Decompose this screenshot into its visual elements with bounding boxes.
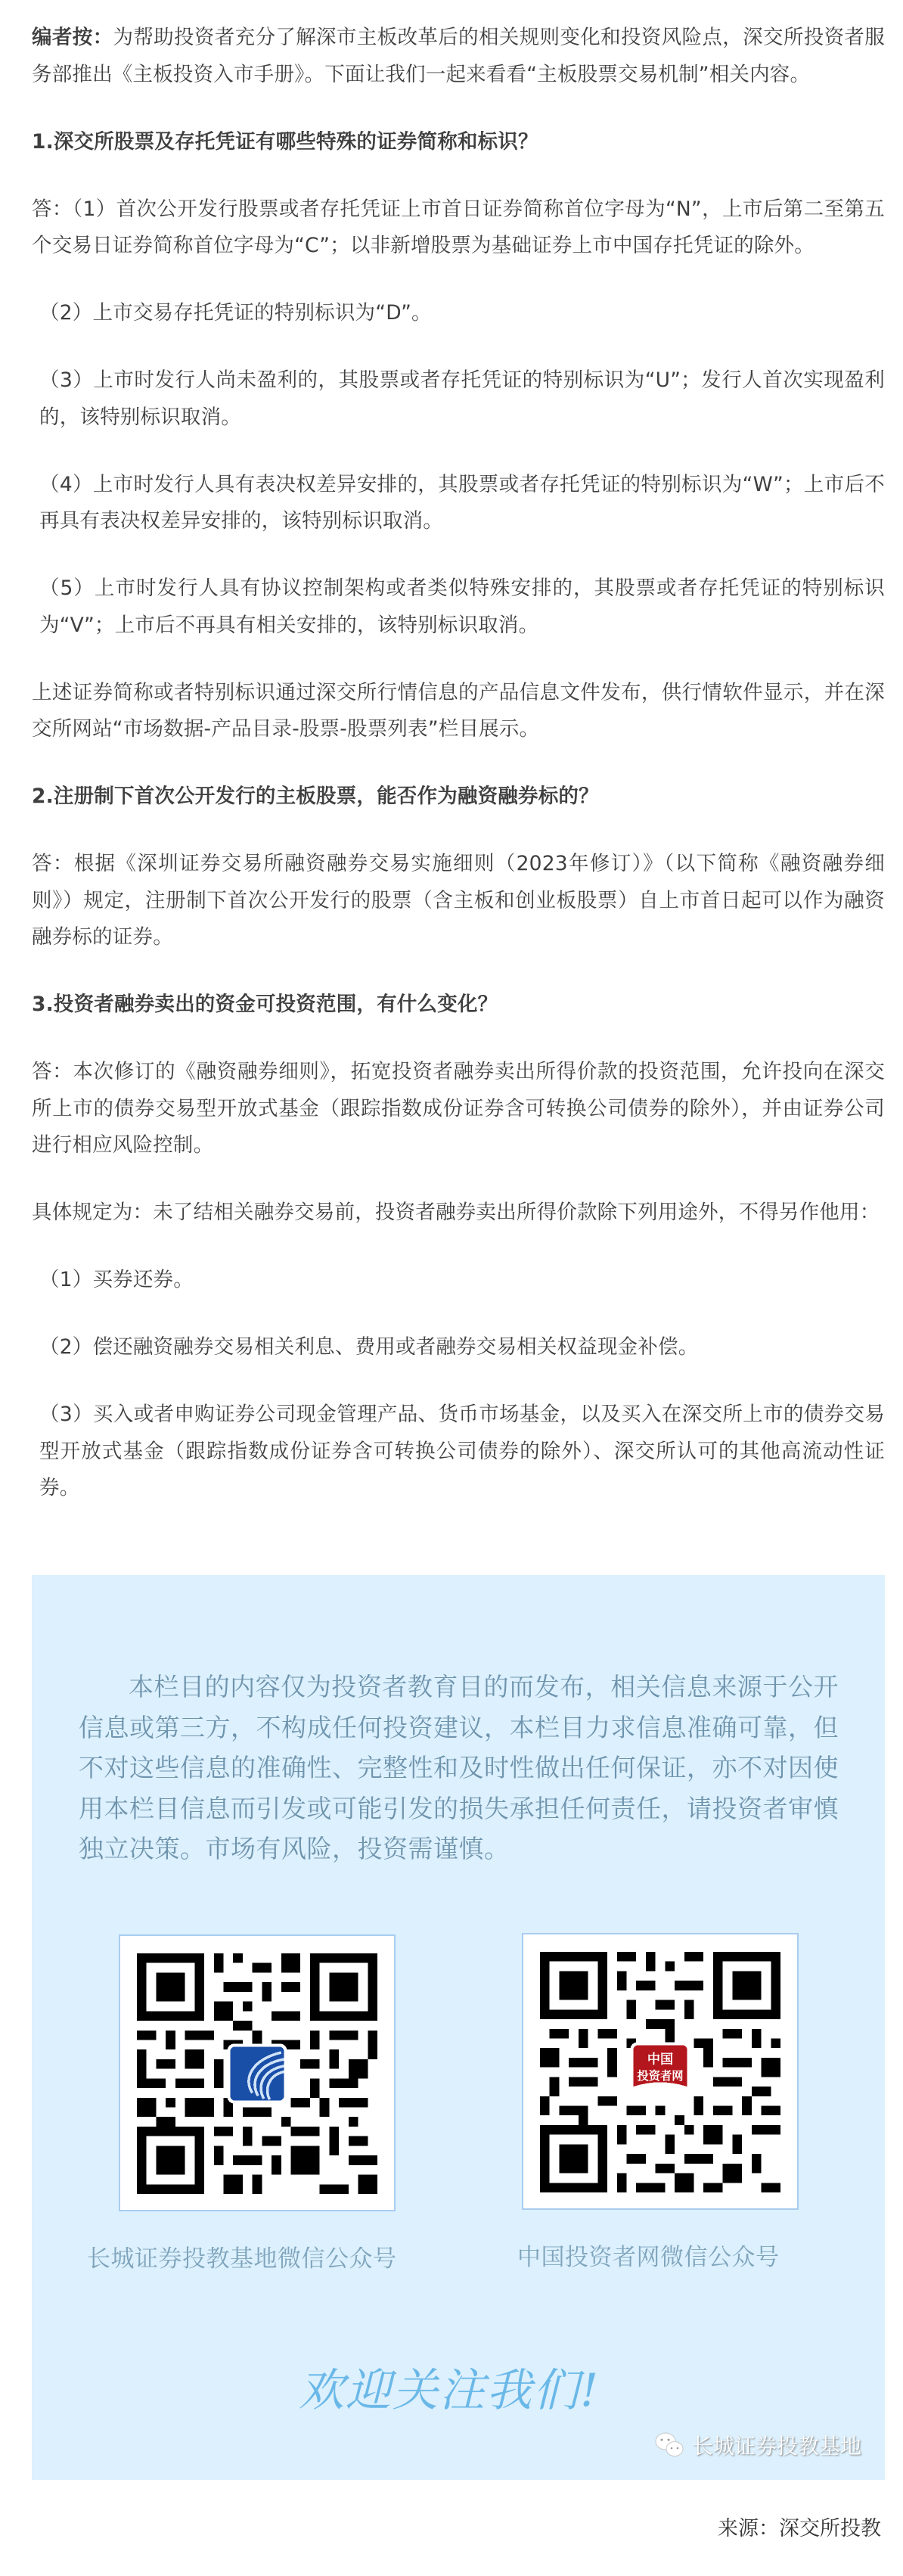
section-2-answer: 答：根据《深圳证券交易所融资融券交易实施细则（2023年修订）》（以下简称《融资… (32, 846, 885, 956)
section-3-answer: 答：本次修订的《融资融券细则》，拓宽投资者融券卖出所得价款的投资范围，允许投向在… (32, 1054, 885, 1164)
qr-label-great-wall: 长城证券投教基地微信公众号 (87, 2239, 397, 2273)
editor-note-label: 编者按： (32, 26, 113, 49)
section-3-item-1: （1）买券还券。 (32, 1262, 885, 1299)
section-3-item-3: （3）买入或者申购证券公司现金管理产品、货币市场基金，以及买入在深交所上市的债券… (32, 1397, 885, 1507)
qr-code-china-investor[interactable]: 中国 投资者网 (522, 1933, 799, 2210)
section-1-item-5: （5）上市时发行人具有协议控制架构或者类似特殊安排的，其股票或者存托凭证的特别标… (32, 570, 885, 644)
qr-label-china-investor: 中国投资者网微信公众号 (517, 2238, 780, 2272)
svg-text:投资者网: 投资者网 (638, 2069, 684, 2083)
section-1-heading: 1.深交所股票及存托凭证有哪些特殊的证券简称和标识？ (32, 124, 885, 161)
section-1-answer: 答：（1）首次公开发行股票或者存托凭证上市首日证券简称首位字母为“N”，上市后第… (32, 191, 885, 265)
section-1-item-3: （3）上市时发行人尚未盈利的，其股票或者存托凭证的特别标识为“U”；发行人首次实… (32, 362, 885, 436)
welcome-banner: 欢迎关注我们! (299, 2354, 600, 2419)
watermark-text: 长城证券投教基地 (692, 2430, 861, 2460)
editor-note: 编者按：为帮助投资者充分了解深市主板改革后的相关规则变化和投资风险点，深交所投资… (32, 20, 885, 93)
wechat-watermark: 长城证券投教基地 (654, 2430, 861, 2460)
section-1-note: 上述证券简称或者特别标识通过深交所行情信息的产品信息文件发布，供行情软件显示，并… (32, 675, 885, 748)
article-body: 编者按：为帮助投资者充分了解深市主板改革后的相关规则变化和投资风险点，深交所投资… (32, 20, 885, 1537)
editor-note-text: 为帮助投资者充分了解深市主板改革后的相关规则变化和投资风险点，深交所投资者服务部… (32, 26, 885, 86)
article-source: 来源：深交所投教 (718, 2512, 881, 2541)
qr-code-icon (137, 1953, 377, 2194)
qr-code-icon: 中国 投资者网 (540, 1952, 780, 2192)
svg-text:中国: 中国 (647, 2052, 673, 2068)
section-3-heading: 3.投资者融券卖出的资金可投资范围，有什么变化？ (32, 987, 885, 1024)
section-3-item-2: （2）偿还融资融券交易相关利息、费用或者融券交易相关权益现金补偿。 (32, 1329, 885, 1366)
section-2-heading: 2.注册制下首次公开发行的主板股票，能否作为融资融券标的？ (32, 778, 885, 816)
section-1-item-2: （2）上市交易存托凭证的特别标识为“D”。 (32, 295, 885, 332)
section-1-item-4: （4）上市时发行人具有表决权差异安排的，其股票或者存托凭证的特别标识为“W”；上… (32, 467, 885, 540)
qr-code-great-wall[interactable] (119, 1934, 396, 2211)
disclaimer-panel: 本栏目的内容仅为投资者教育目的而发布，相关信息来源于公开信息或第三方，不构成任何… (32, 1575, 885, 2480)
section-3-rule: 具体规定为：未了结相关融券交易前，投资者融券卖出所得价款除下列用途外，不得另作他… (32, 1195, 885, 1232)
disclaimer-text: 本栏目的内容仅为投资者教育目的而发布，相关信息来源于公开信息或第三方，不构成任何… (79, 1667, 839, 1869)
wechat-icon (654, 2432, 684, 2459)
